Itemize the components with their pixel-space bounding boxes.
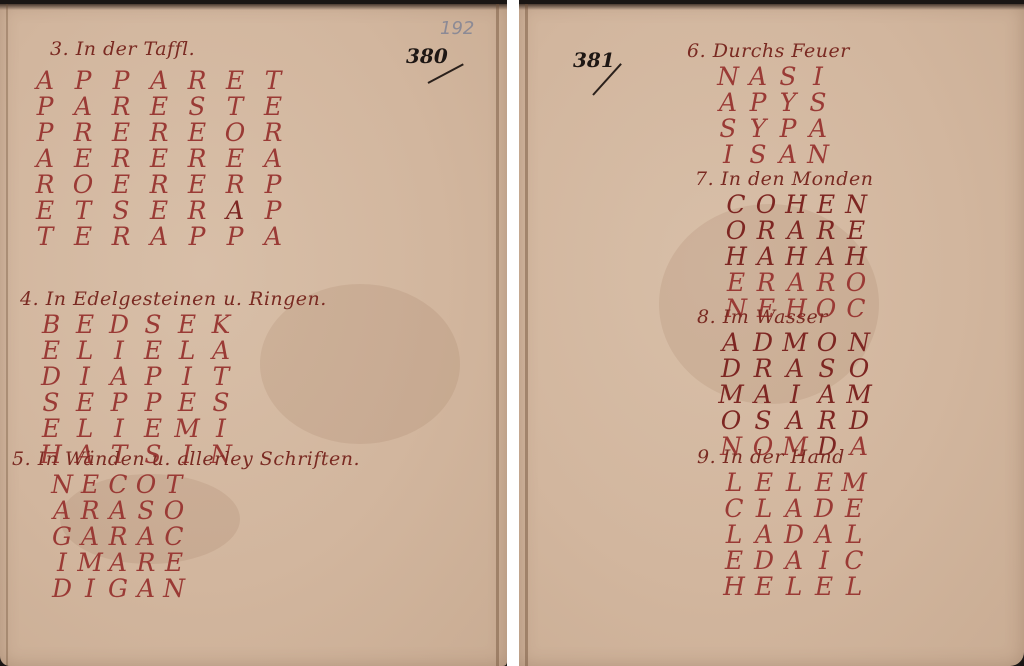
grid-cell: M xyxy=(839,470,869,496)
grid-cell: E xyxy=(254,94,292,120)
grid-cell: R xyxy=(104,524,132,550)
section-title: In der Hand xyxy=(723,446,845,468)
section-heading-7: 7. In den Monden xyxy=(695,168,873,190)
grid-cell: N xyxy=(841,192,871,218)
grid-cell: O xyxy=(64,172,102,198)
grid-cell: D xyxy=(843,408,875,434)
grid-cell: E xyxy=(809,470,839,496)
grid-cell: M xyxy=(170,416,204,442)
grid-cell: A xyxy=(713,90,743,116)
section-number: 9. xyxy=(697,446,716,468)
grid-cell: S xyxy=(811,356,843,382)
grid-cell: A xyxy=(811,382,843,408)
grid-cell: E xyxy=(178,172,216,198)
grid-cell: S xyxy=(132,498,160,524)
grid-row: O R A R E xyxy=(721,218,871,244)
grid-cell: E xyxy=(721,270,751,296)
grid-cell: C xyxy=(719,496,749,522)
grid-cell: S xyxy=(136,312,170,338)
section-number: 4. xyxy=(20,288,39,310)
grid-cell: L xyxy=(749,496,779,522)
grid-cell: N xyxy=(48,472,76,498)
section-title: In Wänden u. allerley Schriften. xyxy=(38,448,360,470)
grid-cell: E xyxy=(809,574,839,600)
grid-cell: A xyxy=(779,408,811,434)
grid-cell: E xyxy=(34,416,68,442)
grid-cell: H xyxy=(781,192,811,218)
grid-cell: L xyxy=(839,522,869,548)
grid-cell: A xyxy=(216,198,254,224)
grid-cell: R xyxy=(811,408,843,434)
grid-cell: R xyxy=(751,218,781,244)
grid-cell: R xyxy=(140,120,178,146)
magic-square-3: A P P A R E T P A R E S T E P R E R E O … xyxy=(26,68,292,250)
grid-cell: N xyxy=(803,142,833,168)
grid-cell: P xyxy=(26,94,64,120)
pencil-number: 192 xyxy=(440,18,474,39)
grid-cell: P xyxy=(254,172,292,198)
grid-cell: R xyxy=(254,120,292,146)
grid-cell: S xyxy=(34,390,68,416)
grid-cell: E xyxy=(136,416,170,442)
grid-cell: D xyxy=(34,364,68,390)
grid-row: A E R E R E A xyxy=(26,146,292,172)
left-page: 192 380 3. In der Taffl. A P P A R E T P… xyxy=(0,4,507,666)
grid-cell: P xyxy=(26,120,64,146)
grid-cell: D xyxy=(102,312,136,338)
grid-cell: C xyxy=(721,192,751,218)
grid-cell: C xyxy=(839,548,869,574)
page-fold-line xyxy=(525,4,528,666)
grid-cell: A xyxy=(104,498,132,524)
grid-cell: L xyxy=(719,470,749,496)
grid-cell: S xyxy=(178,94,216,120)
grid-row: P A R E S T E xyxy=(26,94,292,120)
grid-cell: R xyxy=(102,224,140,250)
grid-cell: R xyxy=(216,172,254,198)
grid-cell: M xyxy=(843,382,875,408)
grid-cell: A xyxy=(779,548,809,574)
grid-cell: E xyxy=(26,198,64,224)
grid-cell: E xyxy=(160,550,188,576)
grid-cell: I xyxy=(76,576,104,602)
grid-cell: M xyxy=(779,330,811,356)
grid-row: I S A N xyxy=(713,142,833,168)
grid-cell: E xyxy=(102,172,140,198)
grid-cell: L xyxy=(839,574,869,600)
grid-cell: L xyxy=(779,470,809,496)
grid-cell: C xyxy=(841,296,871,322)
grid-cell: O xyxy=(216,120,254,146)
grid-cell: A xyxy=(779,496,809,522)
grid-cell: P xyxy=(773,116,803,142)
grid-cell: I xyxy=(170,364,204,390)
grid-cell: A xyxy=(48,498,76,524)
grid-row: D I A P I T xyxy=(34,364,238,390)
grid-row: E L I E L A xyxy=(34,338,238,364)
grid-cell: R xyxy=(747,356,779,382)
grid-cell: E xyxy=(719,548,749,574)
grid-cell: A xyxy=(132,524,160,550)
magic-square-5: N E C O T A R A S O G A R A C I M A R E xyxy=(48,472,188,602)
grid-cell: T xyxy=(204,364,238,390)
grid-cell: R xyxy=(102,146,140,172)
grid-row: D I G A N xyxy=(48,576,188,602)
grid-cell: M xyxy=(715,382,747,408)
section-number: 8. xyxy=(697,306,716,328)
grid-cell: A xyxy=(254,224,292,250)
grid-cell: N xyxy=(160,576,188,602)
grid-cell: H xyxy=(719,574,749,600)
grid-cell: I xyxy=(102,416,136,442)
grid-cell: A xyxy=(743,64,773,90)
grid-row: R O E R E R P xyxy=(26,172,292,198)
grid-cell: A xyxy=(803,116,833,142)
grid-cell: A xyxy=(715,330,747,356)
grid-cell: I xyxy=(809,548,839,574)
grid-cell: P xyxy=(136,390,170,416)
grid-cell: A xyxy=(773,142,803,168)
grid-cell: E xyxy=(749,574,779,600)
grid-cell: O xyxy=(811,330,843,356)
grid-cell: P xyxy=(216,224,254,250)
grid-cell: A xyxy=(779,356,811,382)
grid-row: N E C O T xyxy=(48,472,188,498)
grid-row: S Y P A xyxy=(713,116,833,142)
grid-cell: D xyxy=(747,330,779,356)
grid-cell: L xyxy=(719,522,749,548)
page-fold-line xyxy=(496,4,499,666)
section-number: 7. xyxy=(695,168,714,190)
grid-cell: R xyxy=(76,498,104,524)
section-title: Durchs Feuer xyxy=(713,40,850,62)
grid-cell: S xyxy=(713,116,743,142)
grid-row: B E D S E K xyxy=(34,312,238,338)
grid-cell: A xyxy=(781,218,811,244)
grid-cell: I xyxy=(102,338,136,364)
grid-cell: E xyxy=(178,120,216,146)
grid-cell: S xyxy=(743,142,773,168)
page-top-shadow xyxy=(0,4,507,10)
grid-cell: R xyxy=(64,120,102,146)
grid-cell: E xyxy=(64,224,102,250)
grid-cell: A xyxy=(104,550,132,576)
grid-row: L A D A L xyxy=(719,522,869,548)
grid-cell: T xyxy=(216,94,254,120)
grid-cell: A xyxy=(749,522,779,548)
grid-cell: S xyxy=(204,390,238,416)
section-number: 6. xyxy=(687,40,706,62)
grid-cell: L xyxy=(68,338,102,364)
grid-cell: A xyxy=(140,224,178,250)
grid-cell: O xyxy=(715,408,747,434)
grid-cell: O xyxy=(160,498,188,524)
section-number: 5. xyxy=(12,448,31,470)
grid-cell: D xyxy=(809,496,839,522)
grid-cell: A xyxy=(140,68,178,94)
grid-cell: E xyxy=(170,390,204,416)
grid-cell: R xyxy=(102,94,140,120)
grid-cell: I xyxy=(204,416,238,442)
grid-cell: E xyxy=(34,338,68,364)
section-heading-8: 8. Im Wasser xyxy=(697,306,828,328)
book-gutter xyxy=(507,0,519,666)
grid-cell: E xyxy=(102,120,140,146)
grid-row: E D A I C xyxy=(719,548,869,574)
grid-cell: O xyxy=(721,218,751,244)
grid-cell: A xyxy=(64,94,102,120)
grid-cell: E xyxy=(136,338,170,364)
folio-number: 380 xyxy=(406,44,448,68)
section-heading-9: 9. In der Hand xyxy=(697,446,845,468)
grid-cell: L xyxy=(68,416,102,442)
grid-cell: O xyxy=(843,356,875,382)
magic-square-8: A D M O N D R A S O M A I A M O S A R D xyxy=(715,330,875,460)
grid-cell: E xyxy=(140,94,178,120)
grid-cell: R xyxy=(811,270,841,296)
grid-row: H E L E L xyxy=(719,574,869,600)
grid-cell: R xyxy=(140,172,178,198)
grid-cell: E xyxy=(64,146,102,172)
grid-cell: A xyxy=(102,364,136,390)
grid-cell: I xyxy=(713,142,743,168)
grid-row: D R A S O xyxy=(715,356,875,382)
grid-cell: P xyxy=(743,90,773,116)
section-title: Im Wasser xyxy=(723,306,828,328)
right-page: 381 6. Durchs Feuer N A S I A P Y S S Y … xyxy=(519,4,1024,666)
grid-row: N A S I xyxy=(713,64,833,90)
grid-row: C L A D E xyxy=(719,496,869,522)
folio-number: 381 xyxy=(573,48,615,72)
section-heading-3: 3. In der Taffl. xyxy=(50,38,195,60)
grid-cell: R xyxy=(811,218,841,244)
grid-cell: A xyxy=(809,522,839,548)
grid-cell: T xyxy=(26,224,64,250)
grid-cell: E xyxy=(811,192,841,218)
grid-cell: A xyxy=(76,524,104,550)
grid-cell: R xyxy=(178,146,216,172)
grid-row: M A I A M xyxy=(715,382,875,408)
grid-cell: O xyxy=(751,192,781,218)
grid-cell: A xyxy=(747,382,779,408)
grid-cell: I xyxy=(803,64,833,90)
grid-cell: E xyxy=(170,312,204,338)
grid-cell: R xyxy=(178,68,216,94)
magic-square-4: B E D S E K E L I E L A D I A P I T S E … xyxy=(34,312,238,468)
grid-cell: A xyxy=(204,338,238,364)
grid-row: E T S E R A P xyxy=(26,198,292,224)
section-heading-5: 5. In Wänden u. allerley Schriften. xyxy=(12,448,360,470)
section-heading-4: 4. In Edelgesteinen u. Ringen. xyxy=(20,288,327,310)
magic-square-6: N A S I A P Y S S Y P A I S A N xyxy=(713,64,833,168)
grid-cell: I xyxy=(48,550,76,576)
grid-cell: T xyxy=(160,472,188,498)
grid-cell: E xyxy=(68,312,102,338)
grid-cell: E xyxy=(216,146,254,172)
grid-row: S E P P E S xyxy=(34,390,238,416)
grid-cell: S xyxy=(747,408,779,434)
grid-cell: P xyxy=(102,68,140,94)
section-title: In der Taffl. xyxy=(76,38,196,60)
grid-cell: H xyxy=(841,244,871,270)
grid-row: C O H E N xyxy=(721,192,871,218)
grid-cell: G xyxy=(48,524,76,550)
grid-cell: E xyxy=(839,496,869,522)
grid-cell: R xyxy=(132,550,160,576)
section-title: In Edelgesteinen u. Ringen. xyxy=(46,288,327,310)
grid-row: H A H A H xyxy=(721,244,871,270)
grid-cell: P xyxy=(102,390,136,416)
grid-cell: P xyxy=(254,198,292,224)
section-heading-6: 6. Durchs Feuer xyxy=(687,40,850,62)
grid-cell: C xyxy=(160,524,188,550)
grid-row: T E R A P P A xyxy=(26,224,292,250)
grid-cell: E xyxy=(68,390,102,416)
grid-row: A P Y S xyxy=(713,90,833,116)
grid-cell: K xyxy=(204,312,238,338)
grid-cell: I xyxy=(68,364,102,390)
grid-cell: A xyxy=(781,270,811,296)
grid-cell: I xyxy=(779,382,811,408)
grid-cell: A xyxy=(26,146,64,172)
grid-cell: L xyxy=(779,574,809,600)
magic-square-7: C O H E N O R A R E H A H A H E R A R O xyxy=(721,192,871,322)
grid-row: I M A R E xyxy=(48,550,188,576)
section-number: 3. xyxy=(50,38,69,60)
grid-row: L E L E M xyxy=(719,470,869,496)
grid-cell: D xyxy=(48,576,76,602)
grid-cell: P xyxy=(64,68,102,94)
grid-row: O S A R D xyxy=(715,408,875,434)
grid-cell: E xyxy=(749,470,779,496)
grid-row: P R E R E O R xyxy=(26,120,292,146)
grid-cell: E xyxy=(76,472,104,498)
grid-cell: D xyxy=(715,356,747,382)
grid-cell: A xyxy=(751,244,781,270)
grid-cell: N xyxy=(843,330,875,356)
grid-cell: H xyxy=(721,244,751,270)
grid-cell: S xyxy=(102,198,140,224)
grid-cell: E xyxy=(140,198,178,224)
grid-cell: A xyxy=(254,146,292,172)
grid-cell: S xyxy=(773,64,803,90)
grid-cell: L xyxy=(170,338,204,364)
grid-cell: D xyxy=(749,548,779,574)
grid-cell: E xyxy=(140,146,178,172)
grid-row: E L I E M I xyxy=(34,416,238,442)
grid-cell: D xyxy=(779,522,809,548)
grid-cell: Y xyxy=(773,90,803,116)
grid-cell: H xyxy=(781,244,811,270)
grid-row: G A R A C xyxy=(48,524,188,550)
grid-cell: C xyxy=(104,472,132,498)
grid-row: A D M O N xyxy=(715,330,875,356)
grid-cell: A xyxy=(26,68,64,94)
grid-cell: O xyxy=(132,472,160,498)
page-edge-line xyxy=(6,4,8,666)
grid-cell: Y xyxy=(743,116,773,142)
grid-row: E R A R O xyxy=(721,270,871,296)
grid-row: A P P A R E T xyxy=(26,68,292,94)
grid-cell: G xyxy=(104,576,132,602)
grid-cell: R xyxy=(751,270,781,296)
grid-cell: P xyxy=(178,224,216,250)
grid-cell: A xyxy=(843,434,875,460)
grid-cell: E xyxy=(841,218,871,244)
magic-square-9: L E L E M C L A D E L A D A L E D A I C xyxy=(719,470,869,600)
grid-cell: S xyxy=(803,90,833,116)
section-title: In den Monden xyxy=(721,168,874,190)
grid-cell: N xyxy=(713,64,743,90)
grid-row: A R A S O xyxy=(48,498,188,524)
grid-cell: O xyxy=(841,270,871,296)
grid-cell: E xyxy=(216,68,254,94)
grid-cell: T xyxy=(64,198,102,224)
grid-cell: T xyxy=(254,68,292,94)
grid-cell: A xyxy=(132,576,160,602)
grid-cell: R xyxy=(178,198,216,224)
grid-cell: B xyxy=(34,312,68,338)
grid-cell: A xyxy=(811,244,841,270)
grid-cell: R xyxy=(26,172,64,198)
grid-cell: M xyxy=(76,550,104,576)
page-top-shadow xyxy=(519,4,1024,10)
grid-cell: P xyxy=(136,364,170,390)
